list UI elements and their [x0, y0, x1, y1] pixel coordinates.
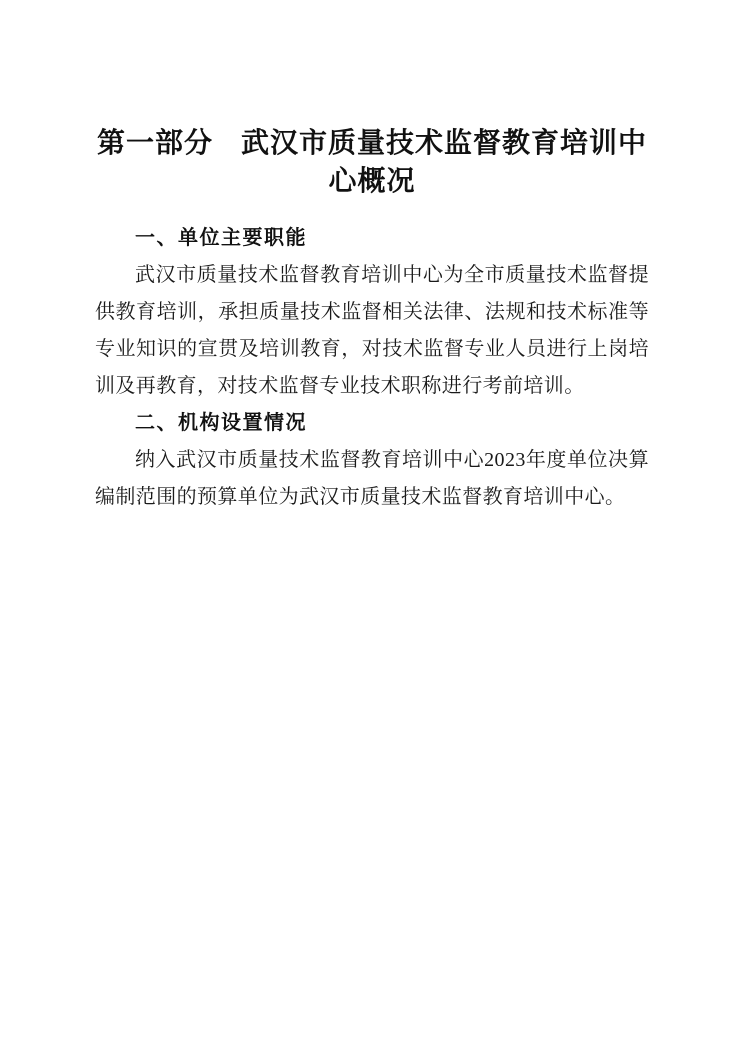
title-line-1: 第一部分武汉市质量技术监督教育培训中 — [95, 124, 649, 162]
document-title: 第一部分武汉市质量技术监督教育培训中 心概况 — [95, 124, 649, 200]
paragraph-line: 专业知识的宣贯及培训教育，对技术监督专业人员进行上岗培 — [95, 331, 649, 368]
title-text: 武汉市质量技术监督教育培训中 — [241, 127, 647, 158]
paragraph-line: 训及再教育，对技术监督专业技术职称进行考前培训。 — [95, 368, 649, 405]
paragraph-line: 武汉市质量技术监督教育培训中心为全市质量技术监督提 — [95, 257, 649, 294]
title-line-2: 心概况 — [95, 162, 649, 200]
paragraph-line: 编制范围的预算单位为武汉市质量技术监督教育培训中心。 — [95, 479, 649, 516]
title-part-label: 第一部分 — [97, 127, 213, 158]
paragraph-line: 供教育培训，承担质量技术监督相关法律、法规和技术标准等 — [95, 294, 649, 331]
section-main-functions: 一、单位主要职能 武汉市质量技术监督教育培训中心为全市质量技术监督提 供教育培训… — [95, 220, 649, 405]
section-organization-setup: 二、机构设置情况 纳入武汉市质量技术监督教育培训中心2023年度单位决算 编制范… — [95, 405, 649, 516]
section-2-heading: 二、机构设置情况 — [95, 405, 649, 442]
document-page: 第一部分武汉市质量技术监督教育培训中 心概况 一、单位主要职能 武汉市质量技术监… — [0, 0, 744, 1052]
paragraph-line: 纳入武汉市质量技术监督教育培训中心2023年度单位决算 — [95, 442, 649, 479]
section-1-heading: 一、单位主要职能 — [95, 220, 649, 257]
